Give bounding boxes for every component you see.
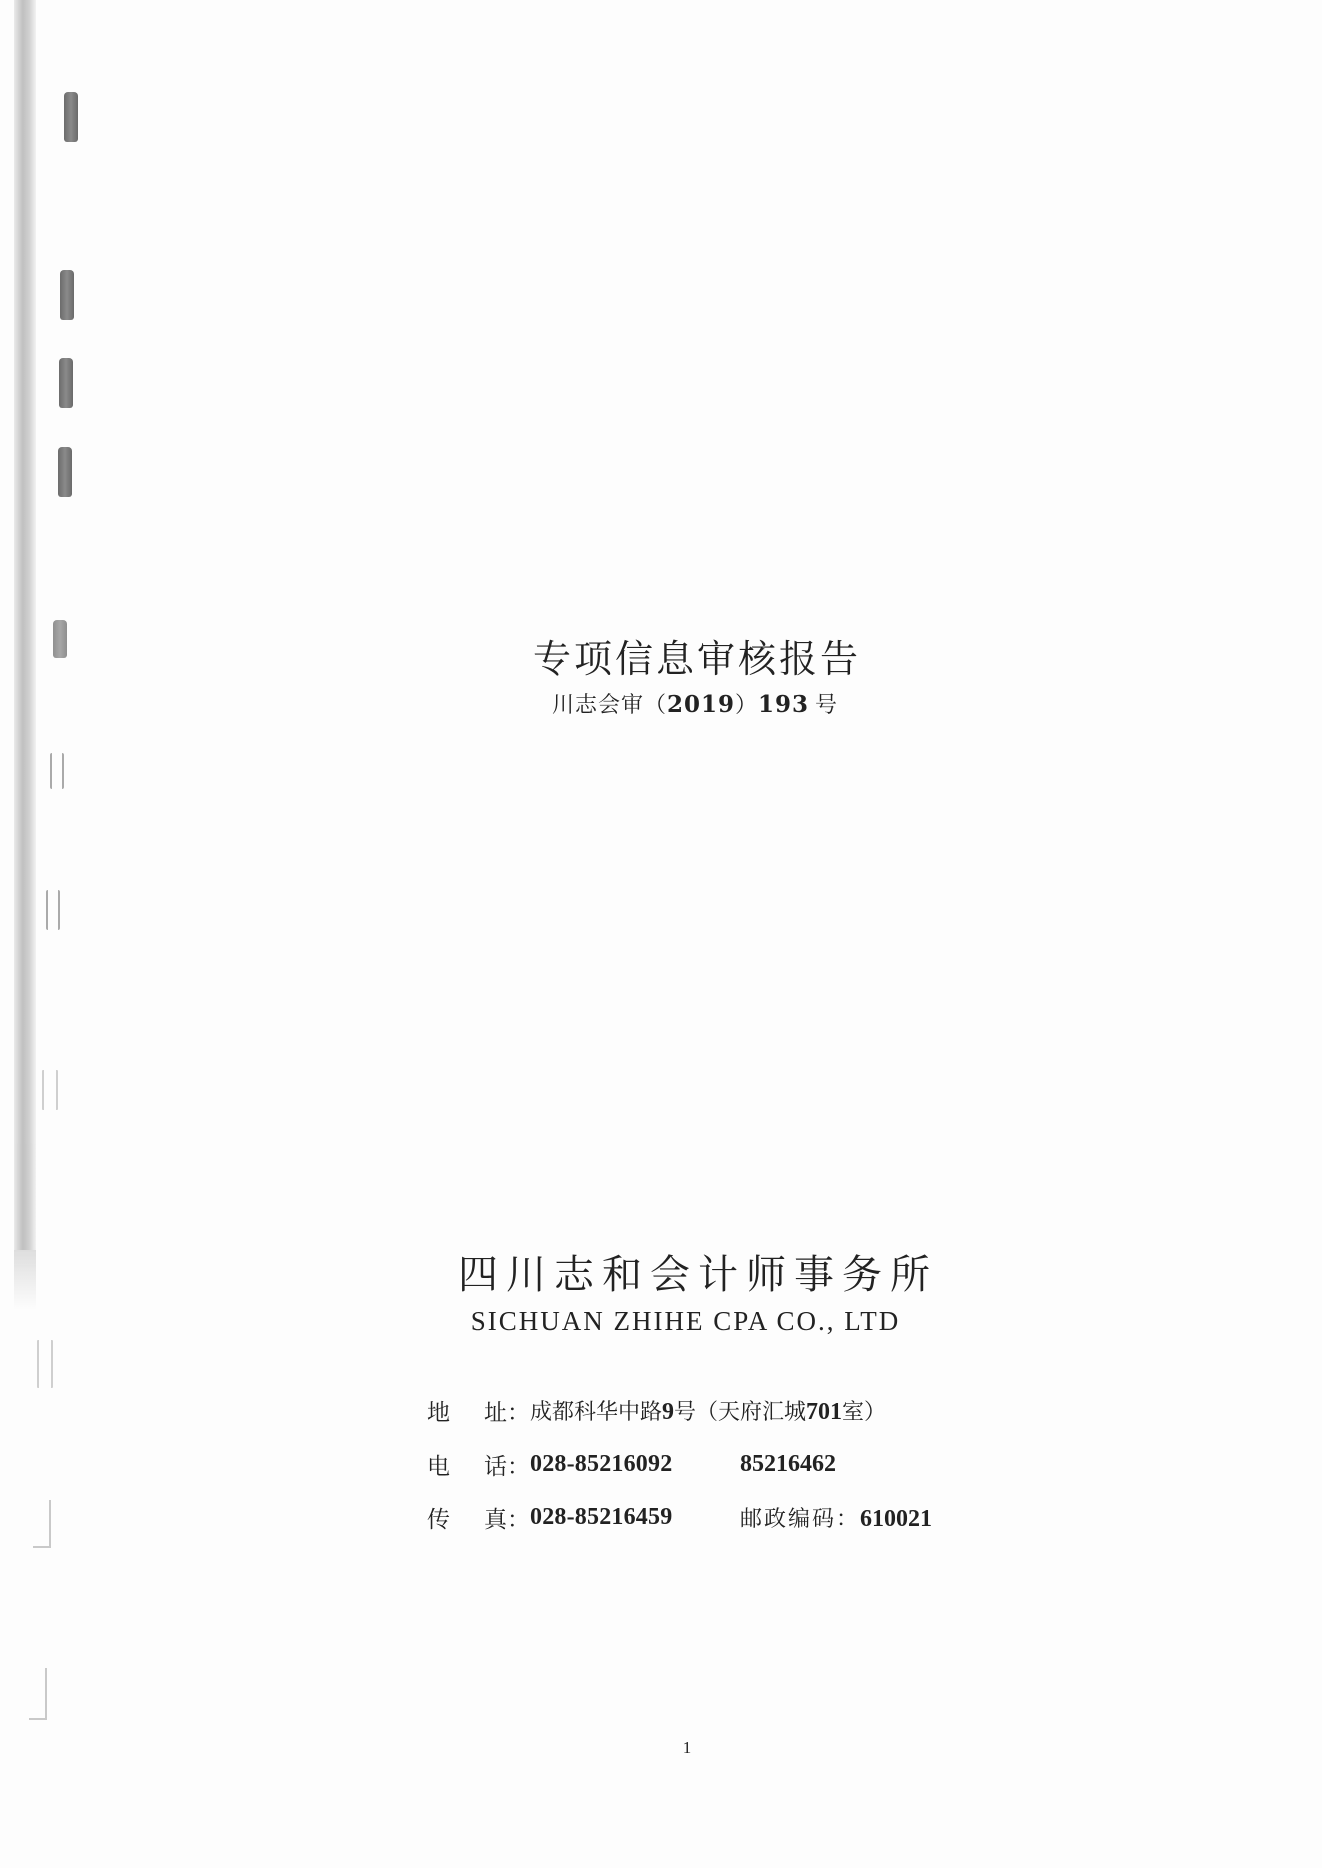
fax-value: 028-85216459 xyxy=(530,1504,672,1531)
phone-second-value: 85216462 xyxy=(740,1451,836,1478)
firm-name-cn: 四川志和会计师事务所 xyxy=(458,1243,908,1300)
punch-hole-mark xyxy=(64,92,78,142)
postcode: 邮政编码：610021 xyxy=(740,1502,932,1533)
punch-hole-mark xyxy=(46,890,60,930)
punch-hole-mark xyxy=(37,1340,53,1388)
phone-value: 028-85216092 xyxy=(530,1451,672,1478)
punch-hole-mark xyxy=(42,1070,58,1110)
punch-hole-mark xyxy=(29,1668,47,1720)
page-number: 1 xyxy=(677,1738,697,1758)
report-number: 川志会审（2019）193号 xyxy=(540,688,850,719)
report-number-close: ） xyxy=(735,693,758,718)
contact-fax-row: 传 真： 028-85216459 邮政编码：610021 xyxy=(427,1499,987,1535)
contact-address-row: 地 址： 成都科华中路9号（天府汇城701室） xyxy=(427,1392,886,1428)
punch-hole-mark xyxy=(60,270,74,320)
firm-name-en: SICHUAN ZHIHE CPA CO., LTD xyxy=(458,1306,913,1337)
address-label: 地 址： xyxy=(427,1394,530,1427)
report-number-year: 2019 xyxy=(667,691,735,718)
report-number-value: 193 xyxy=(758,691,809,718)
address-value: 成都科华中路9号（天府汇城701室） xyxy=(530,1395,886,1426)
contact-phone-row: 电 话： 028-85216092 85216462 xyxy=(427,1446,907,1482)
punch-hole-mark xyxy=(59,358,73,408)
report-number-prefix: 川志会审（ xyxy=(552,693,667,718)
punch-hole-mark xyxy=(58,447,72,497)
punch-hole-mark xyxy=(33,1500,51,1548)
phone-label: 电 话： xyxy=(427,1448,530,1481)
postcode-value: 610021 xyxy=(860,1506,932,1532)
punch-hole-mark xyxy=(53,620,67,658)
postcode-label: 邮政编码： xyxy=(740,1507,860,1532)
punch-hole-mark xyxy=(50,753,64,789)
report-title: 专项信息审核报告 xyxy=(533,628,853,683)
binding-edge-shadow xyxy=(14,0,36,1250)
report-number-suffix: 号 xyxy=(815,693,838,718)
fax-label: 传 真： xyxy=(427,1501,530,1534)
